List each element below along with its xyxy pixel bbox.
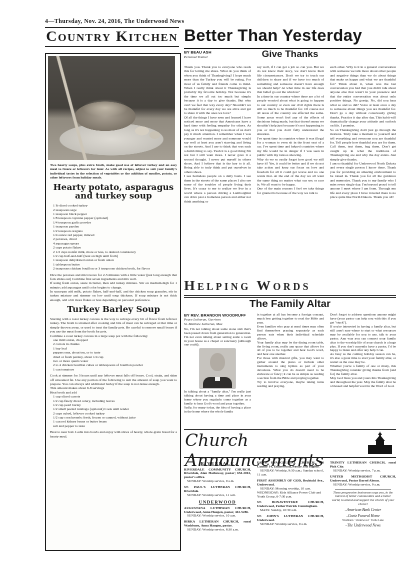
- country-kitchen-article: Two hearty soups, plus extra broth, make…: [45, 53, 181, 551]
- fa-column-1-text-bottom: In talking about a "family altar," I'm r…: [184, 390, 251, 414]
- better-than-yesterday-masthead: Better Than Yesterday: [184, 27, 396, 49]
- church-schedule: SUNDAY: Worship service, 7 p.m.: [330, 469, 396, 473]
- bty-column-3-text: each other. Why is it in a general conve…: [330, 65, 396, 199]
- country-kitchen-masthead: Country Kitchen: [45, 27, 179, 47]
- sponsor-goetz-locations: Washburn · Underwood · Turtle Lake: [330, 519, 396, 522]
- region-header-underwood: UNDERWOOD: [184, 500, 251, 505]
- church-name: RIVERDALE COMMUNITY CHURCH, Riverdale, A…: [184, 468, 251, 480]
- church-schedule: SUNDAY: Worship, 9:30 a.m.; Sunday schoo…: [257, 469, 324, 477]
- fa-column-1-text-top: No, I'm not talking about some stone sla…: [184, 327, 251, 347]
- church-name: ST. JOHN'S LUTHERAN CHURCH, Underwood.: [257, 515, 324, 523]
- sponsor-american-bank-center: –American Bank Center: [330, 508, 396, 512]
- church-listing: TRINITY LUTHERAN CHURCH, rural Pick City…: [330, 461, 396, 473]
- family-altar-headline: The Family Altar: [184, 298, 396, 310]
- church-schedule: SUNDAY: Worship service, 10 a.m.: [184, 514, 251, 518]
- sponsor-divider: [335, 489, 391, 490]
- church-schedule: MASS: Sunday, 10:30 a.m.: [257, 509, 324, 513]
- church-name: FIRST ASSEMBLY OF GOD, Bechtold Ave., Un…: [257, 479, 324, 487]
- fa-column-2: is together at all has become a foreign …: [257, 313, 324, 417]
- pastor-clerical-collar: [215, 377, 220, 381]
- bty-column-1: Thank you. Thank you to everyone who rea…: [184, 65, 251, 257]
- church-listing: FAITH EVANGELICAL CHURCH, 406 County 14,…: [257, 461, 324, 477]
- church-listing: RIVERDALE COMMUNITY CHURCH, Riverdale, A…: [184, 468, 251, 484]
- page-header: 4—Thursday, Nov. 24, 2016, The Underwood…: [45, 19, 184, 25]
- recipe2-soup-ingredients: 1 cup sliced carrots 1/2 cup finely dice…: [53, 395, 177, 429]
- sponsor-goetz-funeral-home: –Goetz Funeral Home: [330, 514, 396, 518]
- recipe2-middle: Cook at simmer for 3 hours until any lef…: [50, 374, 177, 395]
- photo-caption: Two hearty soups, plus extra broth, make…: [50, 163, 177, 180]
- sponsor-note: These progressive businesses urge you, i…: [331, 491, 395, 506]
- church-schedule: SUNDAY: Worship service, 9 a.m.: [184, 480, 251, 484]
- pastor-portrait-photo: [200, 349, 236, 389]
- church-listing: FIRST ASSEMBLY OF GOD, Bechtold Ave., Un…: [257, 479, 324, 499]
- recipe1-ingredients: 1 lb diced cooked turkey 2 teaspoons sag…: [53, 204, 177, 271]
- turkey-photo: [48, 56, 175, 160]
- church-name: BIRKA LUTHERAN CHURCH, rural Washburn, A…: [184, 520, 251, 528]
- bty-column-1-text: Thank you. Thank you to everyone who rea…: [184, 65, 251, 203]
- church-listing: UNITED METHODIST CHURCH, Underwood, Past…: [330, 475, 396, 487]
- church-column-3: TRINITY LUTHERAN CHURCH, rural Pick City…: [330, 461, 396, 556]
- church-column-2: FAITH EVANGELICAL CHURCH, 406 County 14,…: [257, 461, 324, 556]
- recipe2-closing: Heat to near boil. Ladle into bowls and …: [50, 430, 177, 438]
- helping-words-masthead: Helping Words: [184, 279, 396, 298]
- recipe2-stock-ingredients: one mild onion, chopped 2 carrots in chu…: [53, 338, 177, 372]
- church-name: ST. PAUL'S LUTHERAN CHURCH, Riverdale.: [184, 486, 251, 494]
- pastor-head: [210, 353, 225, 371]
- country-kitchen-content: Two hearty soups, plus extra broth, make…: [50, 163, 177, 548]
- region-header-riverdale: RIVERDALE: [184, 461, 251, 466]
- church-listing: ST. PAUL'S LUTHERAN CHURCH, Riverdale. S…: [184, 486, 251, 498]
- church-icon: [366, 431, 394, 455]
- church-schedule: SUNDAY: Worship service, 11 a.m.: [184, 494, 251, 498]
- fa-column-3: Don't forget to address questions anyone…: [330, 313, 396, 417]
- bty-column-2: say well, if I can get a job so can you.…: [257, 65, 324, 257]
- sponsor-underwood-news: –The Underwood News: [330, 524, 396, 528]
- church-schedule: SUNDAY: Morning worship, 10 a.m. WEDNESD…: [257, 487, 324, 499]
- church-name: TRINITY LUTHERAN CHURCH, rural Pick City…: [330, 461, 396, 469]
- church-listing: BIRKA LUTHERAN CHURCH, rural Washburn, A…: [184, 520, 251, 532]
- church-schedule: SUNDAY: Worship service, 9 a.m.: [257, 523, 324, 527]
- bty-column-2-text: say well, if I can get a job so can you.…: [257, 65, 324, 195]
- church-listing: ST. BONAVENTURE CHURCH, Underwood, Fathe…: [257, 501, 324, 513]
- fa-affiliation-2: St. Matthew Lutheran, Max: [184, 322, 251, 326]
- church-listing: ST. JOHN'S LUTHERAN CHURCH, Underwood. S…: [257, 515, 324, 527]
- church-section-top-rule: [184, 429, 396, 430]
- church-section-bottom-rule: [184, 457, 396, 458]
- church-schedule: SUNDAY: Worship service, 9 a.m.: [330, 483, 396, 487]
- fa-column-1: BY REV. BRANDON WOODRUFF Peace Lutheran,…: [184, 313, 251, 417]
- bty-column-3: each other. Why is it in a general conve…: [330, 65, 396, 257]
- church-schedule: SUNDAY: Worship service, 8:30 a.m.: [184, 528, 251, 532]
- fa-column-3-text: Don't forget to address questions anyone…: [330, 313, 396, 388]
- recipe2-title: Turkey Barley Soup: [52, 306, 175, 315]
- fa-column-2-text: is together at all has become a foreign …: [257, 313, 324, 388]
- recipe1-directions: Dice the potatoes and microwave for 2-3 …: [50, 273, 177, 302]
- church-name: AUGUSTANA LUTHERAN CHURCH, Underwood, An…: [184, 506, 251, 514]
- church-name: ST. BONAVENTURE CHURCH, Underwood, Fathe…: [257, 501, 324, 509]
- church-name: FAITH EVANGELICAL CHURCH, 406 County 14,…: [257, 461, 324, 469]
- recipe2-intro: Starting with a roast turkey carcass is …: [50, 317, 177, 338]
- recipe1-title: Hearty potato, asparagus and turkey soup: [52, 183, 175, 201]
- church-name: UNITED METHODIST CHURCH, Underwood, Past…: [330, 475, 396, 483]
- church-listing: AUGUSTANA LUTHERAN CHURCH, Underwood, An…: [184, 506, 251, 518]
- bty-headline: Give Thanks: [184, 49, 396, 60]
- church-column-1: RIVERDALE RIVERDALE COMMUNITY CHURCH, Ri…: [184, 461, 251, 556]
